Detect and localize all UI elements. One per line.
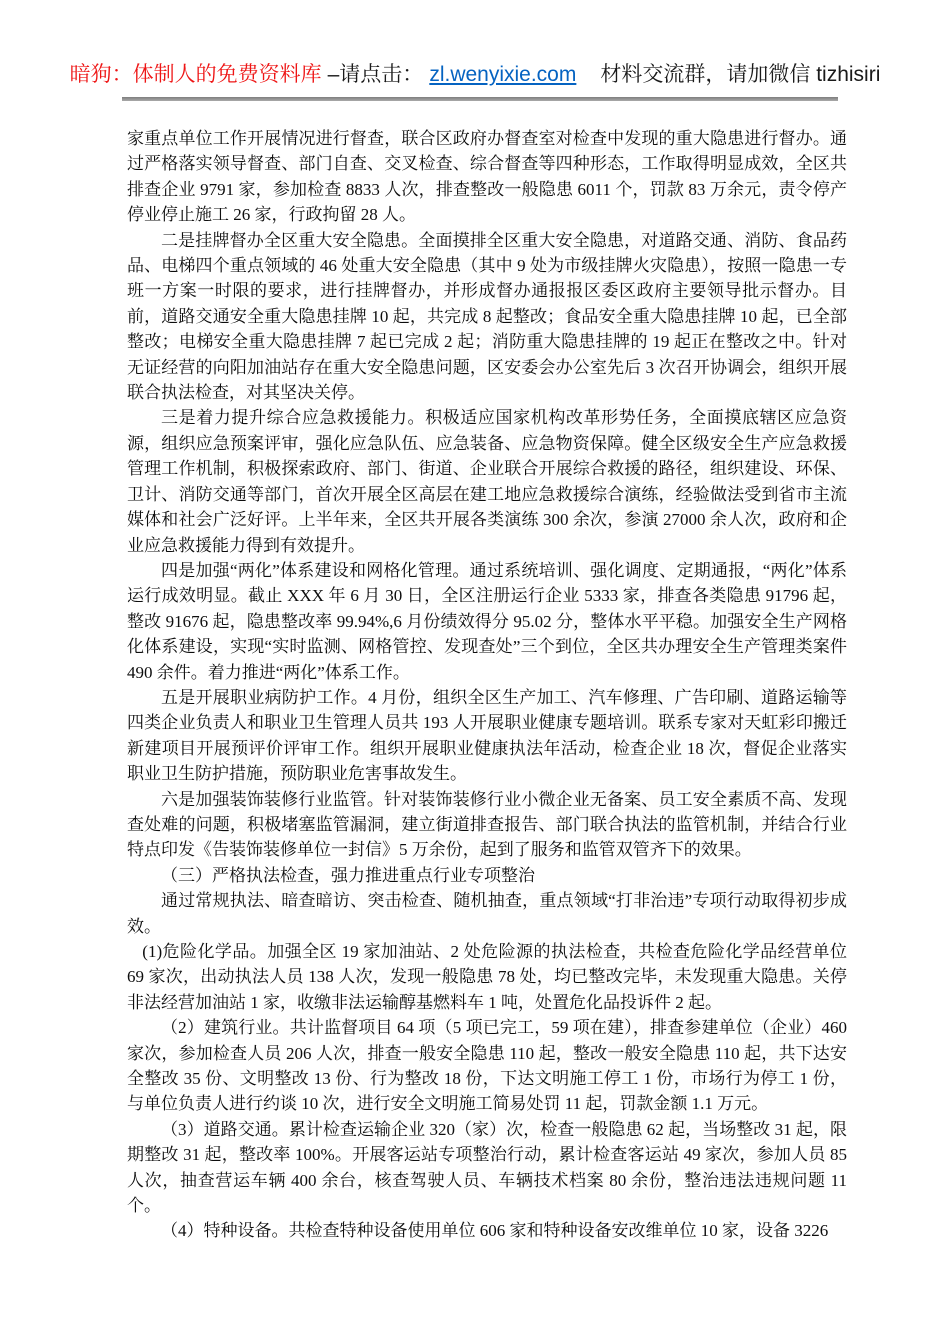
- promo-header: 暗狗：体制人的免费资料库–请点击：zl.wenyixie.com材料交流群，请加…: [0, 60, 950, 90]
- document-body: 家重点单位工作开展情况进行督查，联合区政府办督查室对检查中发现的重大隐患进行督办…: [127, 126, 847, 1244]
- promo-note: 材料交流群，请加微信 tizhisiri: [600, 63, 880, 86]
- body-paragraph: 二是挂牌督办全区重大安全隐患。全面摸排全区重大安全隐患，对道路交通、消防、食品药…: [127, 228, 847, 406]
- body-paragraph: 家重点单位工作开展情况进行督查，联合区政府办督查室对检查中发现的重大隐患进行督办…: [127, 126, 847, 228]
- promo-click-prefix: –请点击：: [328, 63, 424, 86]
- body-paragraph: 四是加强“两化”体系建设和网格化管理。通过系统培训、强化调度、定期通报，“两化”…: [127, 558, 847, 685]
- body-paragraph: 三是着力提升综合应急救援能力。积极适应国家机构改革形势任务，全面摸底辖区应急资源…: [127, 405, 847, 557]
- body-paragraph: （2）建筑行业。共计监督项目 64 项（5 项已完工，59 项在建），排查参建单…: [127, 1015, 847, 1117]
- body-paragraph: 五是开展职业病防护工作。4 月份，组织全区生产加工、汽车修理、广告印刷、道路运输…: [127, 685, 847, 787]
- promo-link[interactable]: zl.wenyixie.com: [429, 63, 576, 86]
- promo-brand-text: 暗狗：体制人的免费资料库: [70, 63, 322, 86]
- body-paragraph: （3）道路交通。累计检查运输企业 320（家）次，检查一般隐患 62 起，当场整…: [127, 1117, 847, 1219]
- body-paragraph: 六是加强装饰装修行业监管。针对装饰装修行业小微企业无备案、员工安全素质不高、发现…: [127, 787, 847, 863]
- section-heading: （三）严格执法检查，强力推进重点行业专项整治: [127, 863, 847, 888]
- body-paragraph: （4）特种设备。共检查特种设备使用单位 606 家和特种设备安改维单位 10 家…: [127, 1218, 847, 1243]
- header-divider: [122, 97, 838, 101]
- body-paragraph: 通过常规执法、暗查暗访、突击检查、随机抽查，重点领域“打非治违”专项行动取得初步…: [127, 888, 847, 939]
- body-paragraph: (1)危险化学品。加强全区 19 家加油站、2 处危险源的执法检查，共检查危险化…: [127, 939, 847, 1015]
